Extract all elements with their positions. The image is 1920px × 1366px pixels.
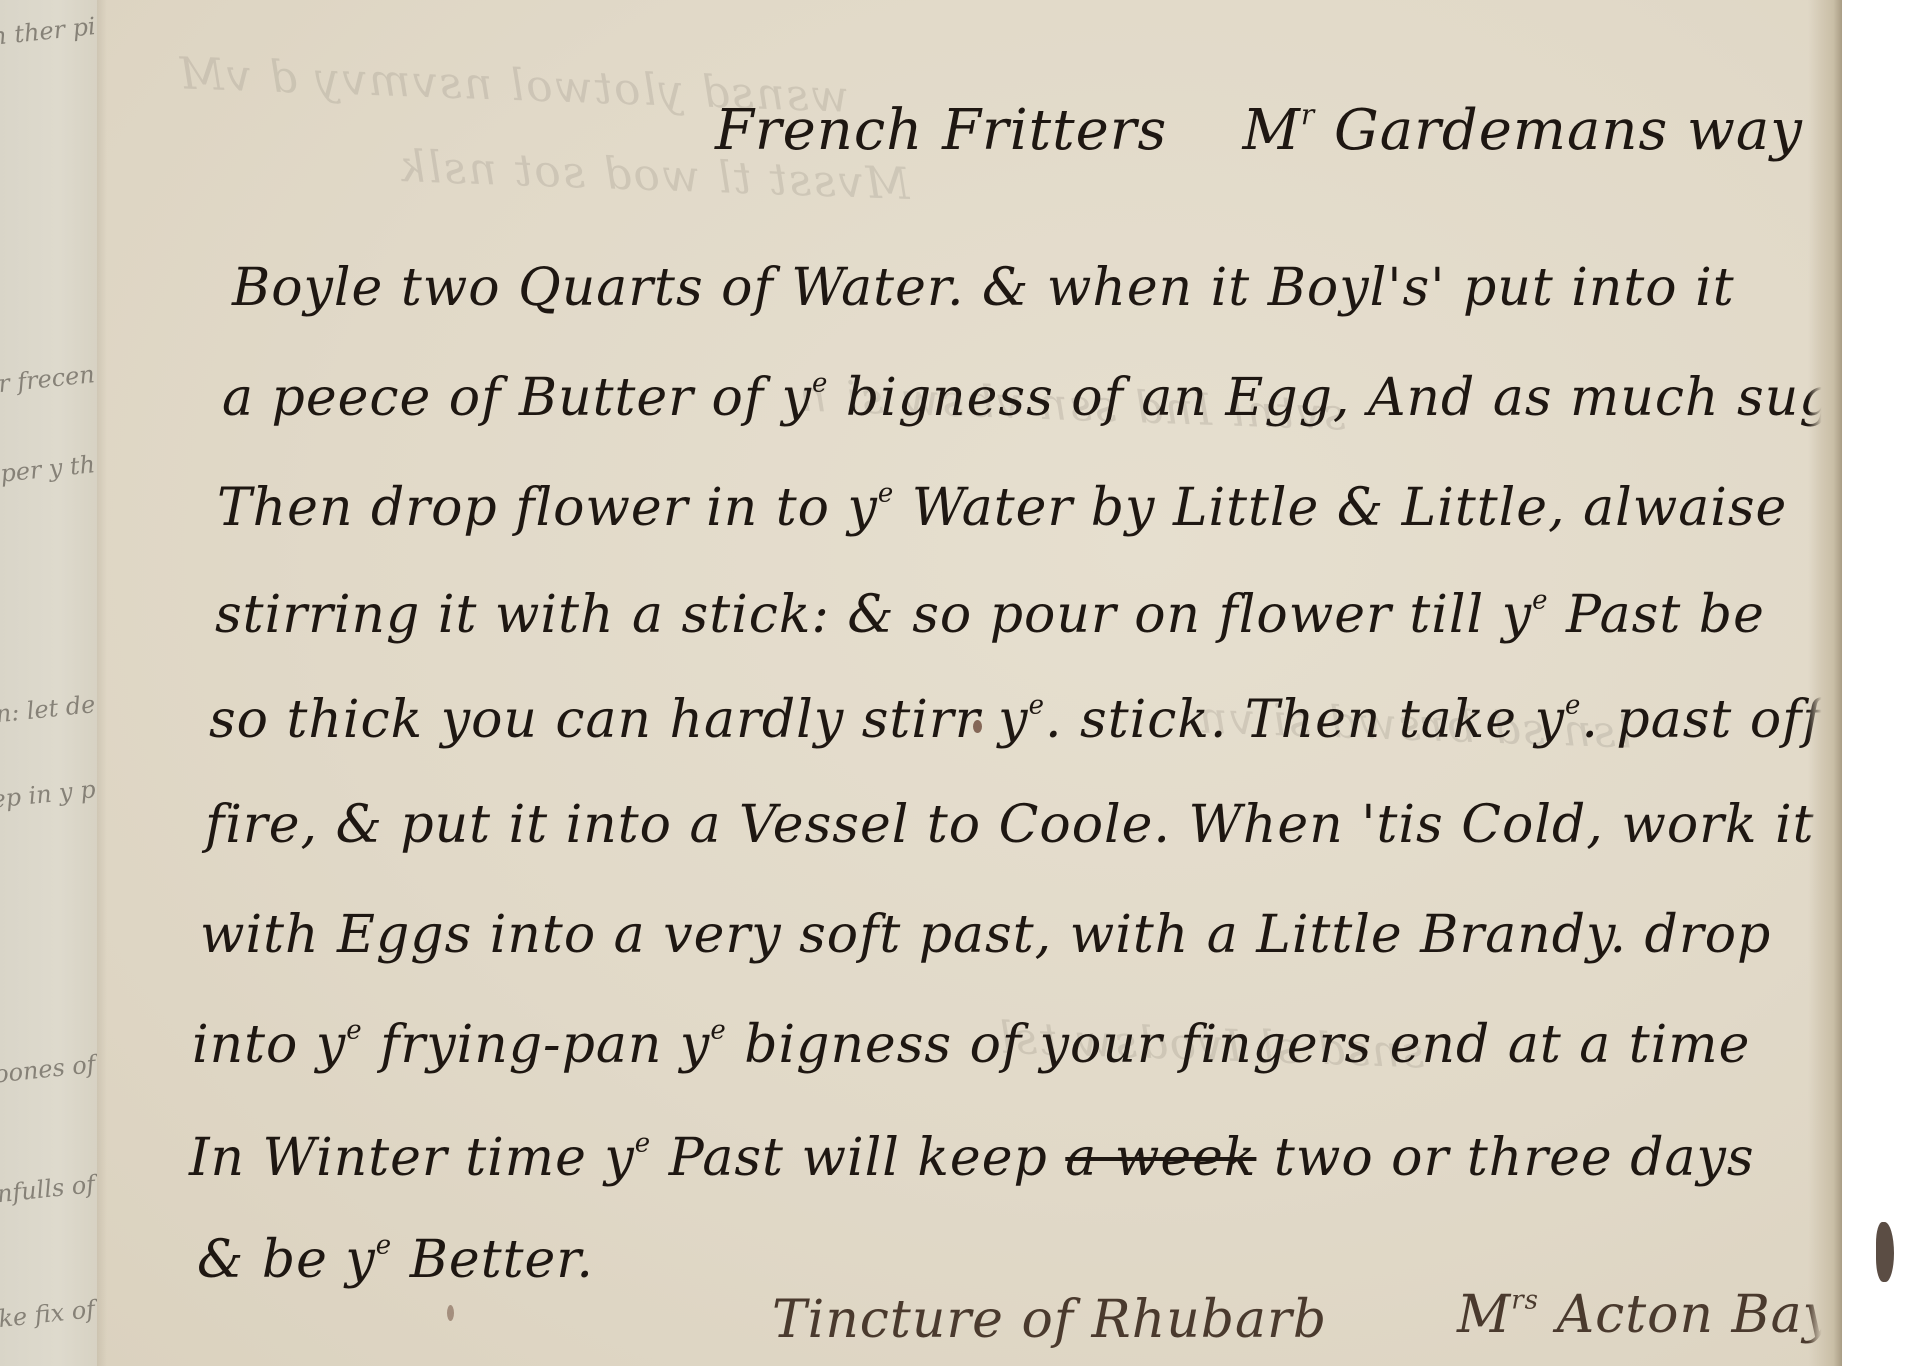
line-text: so thick you can hardly stirr y [209, 690, 1029, 750]
line-text: Better. [392, 1230, 594, 1290]
facing-page-fragment: with ther pi e is for frecen keeper y th… [0, 0, 97, 1366]
recipe-line-10: & be ye Better. [197, 1230, 594, 1290]
recipe-line-7: with Eggs into a very soft past, with a … [200, 905, 1771, 965]
line-text: Past will keep [651, 1128, 1065, 1188]
ink-spot [447, 1305, 454, 1321]
struck-through-text: a week [1065, 1128, 1256, 1188]
facing-page-text: en, an: let de [0, 690, 96, 734]
recipe-title: French Fritters Mr Gardemans way [715, 98, 1803, 163]
line-text: . past off y [1581, 690, 1842, 750]
abbreviation-superscript: e [635, 1129, 651, 1159]
recipe-line-8: into ye frying-pan ye bigness of your fi… [192, 1015, 1750, 1075]
abbreviation-superscript: e [376, 1231, 392, 1261]
honorific: M [1457, 1285, 1511, 1345]
next-recipe-attribution: Mrs Acton Baylam [1457, 1285, 1842, 1345]
facing-page-text: keeper y th [0, 450, 96, 492]
line-text: Past be [1548, 585, 1764, 645]
recipe-title-attribution: Mr Gardemans way [1242, 98, 1802, 163]
honorific-superscript: r [1301, 98, 1315, 131]
line-text: stirring it with a stick: & so pour on f… [215, 585, 1532, 645]
line-text: into y [192, 1015, 346, 1075]
recipe-line-3: Then drop flower in to ye Water by Littl… [217, 478, 1787, 538]
line-text: bigness of an Egg, And as much sugar. [828, 368, 1842, 428]
recipe-line-9: In Winter time ye Past will keep a week … [189, 1128, 1755, 1188]
line-text: a peece of Butter of y [222, 368, 812, 428]
facing-page-text: 3 spoones of [0, 1050, 96, 1094]
abbreviation-superscript: e [710, 1016, 726, 1046]
recipe-line-2: a peece of Butter of ye bigness of an Eg… [222, 368, 1842, 428]
facing-page-text: be keep in y p [0, 775, 96, 821]
line-text: . stick. Then take y [1045, 690, 1565, 750]
ink-spot [973, 720, 982, 733]
recipe-title-name: French Fritters [715, 98, 1167, 163]
abbreviation-superscript: e [1532, 586, 1548, 616]
attribution-name: Acton Baylam [1557, 1285, 1842, 1345]
line-text: In Winter time y [189, 1128, 635, 1188]
facing-page-text: with ther pi [0, 12, 96, 55]
abbreviation-superscript: e [1565, 691, 1581, 721]
abbreviation-superscript: e [878, 479, 894, 509]
abbreviation-superscript: e [346, 1016, 362, 1046]
recipe-line-4: stirring it with a stick: & so pour on f… [215, 585, 1765, 645]
recipe-line-5: so thick you can hardly stirr ye. stick.… [209, 690, 1842, 750]
next-recipe-title: Tincture of Rhubarb [772, 1290, 1327, 1350]
facing-page-text: 3 spoonfulls of [0, 1170, 96, 1216]
line-text: bigness of your fingers end at a time [727, 1015, 1751, 1075]
recipe-line-6: fire, & put it into a Vessel to Coole. W… [205, 795, 1815, 855]
honorific: M [1242, 98, 1300, 163]
line-text: frying-pan y [363, 1015, 711, 1075]
abbreviation-superscript: e [812, 369, 828, 399]
honorific-superscript: rs [1511, 1286, 1539, 1316]
recipe-line-1: Boyle two Quarts of Water. & when it Boy… [232, 258, 1735, 318]
line-text: Water by Little & Little, alwaise [894, 478, 1787, 538]
line-text: & be y [197, 1230, 376, 1290]
book-gutter [97, 0, 107, 1366]
line-text: Then drop flower in to y [217, 478, 878, 538]
abbreviation-superscript: e [1029, 691, 1045, 721]
line-text: two or three days [1256, 1128, 1754, 1188]
attribution-name: Gardemans way [1334, 98, 1803, 163]
facing-page-text: e is for frecen [0, 360, 96, 406]
manuscript-scan: with ther pi e is for frecen keeper y th… [0, 0, 1920, 1366]
recipe-page: wsnsd ylotwol nsvmvy d vM Mvsst tl wod s… [97, 0, 1842, 1366]
page-tab-attachment [1876, 1222, 1894, 1282]
facing-page-text: take fix of [0, 1295, 96, 1335]
page-edge [1808, 0, 1842, 1366]
